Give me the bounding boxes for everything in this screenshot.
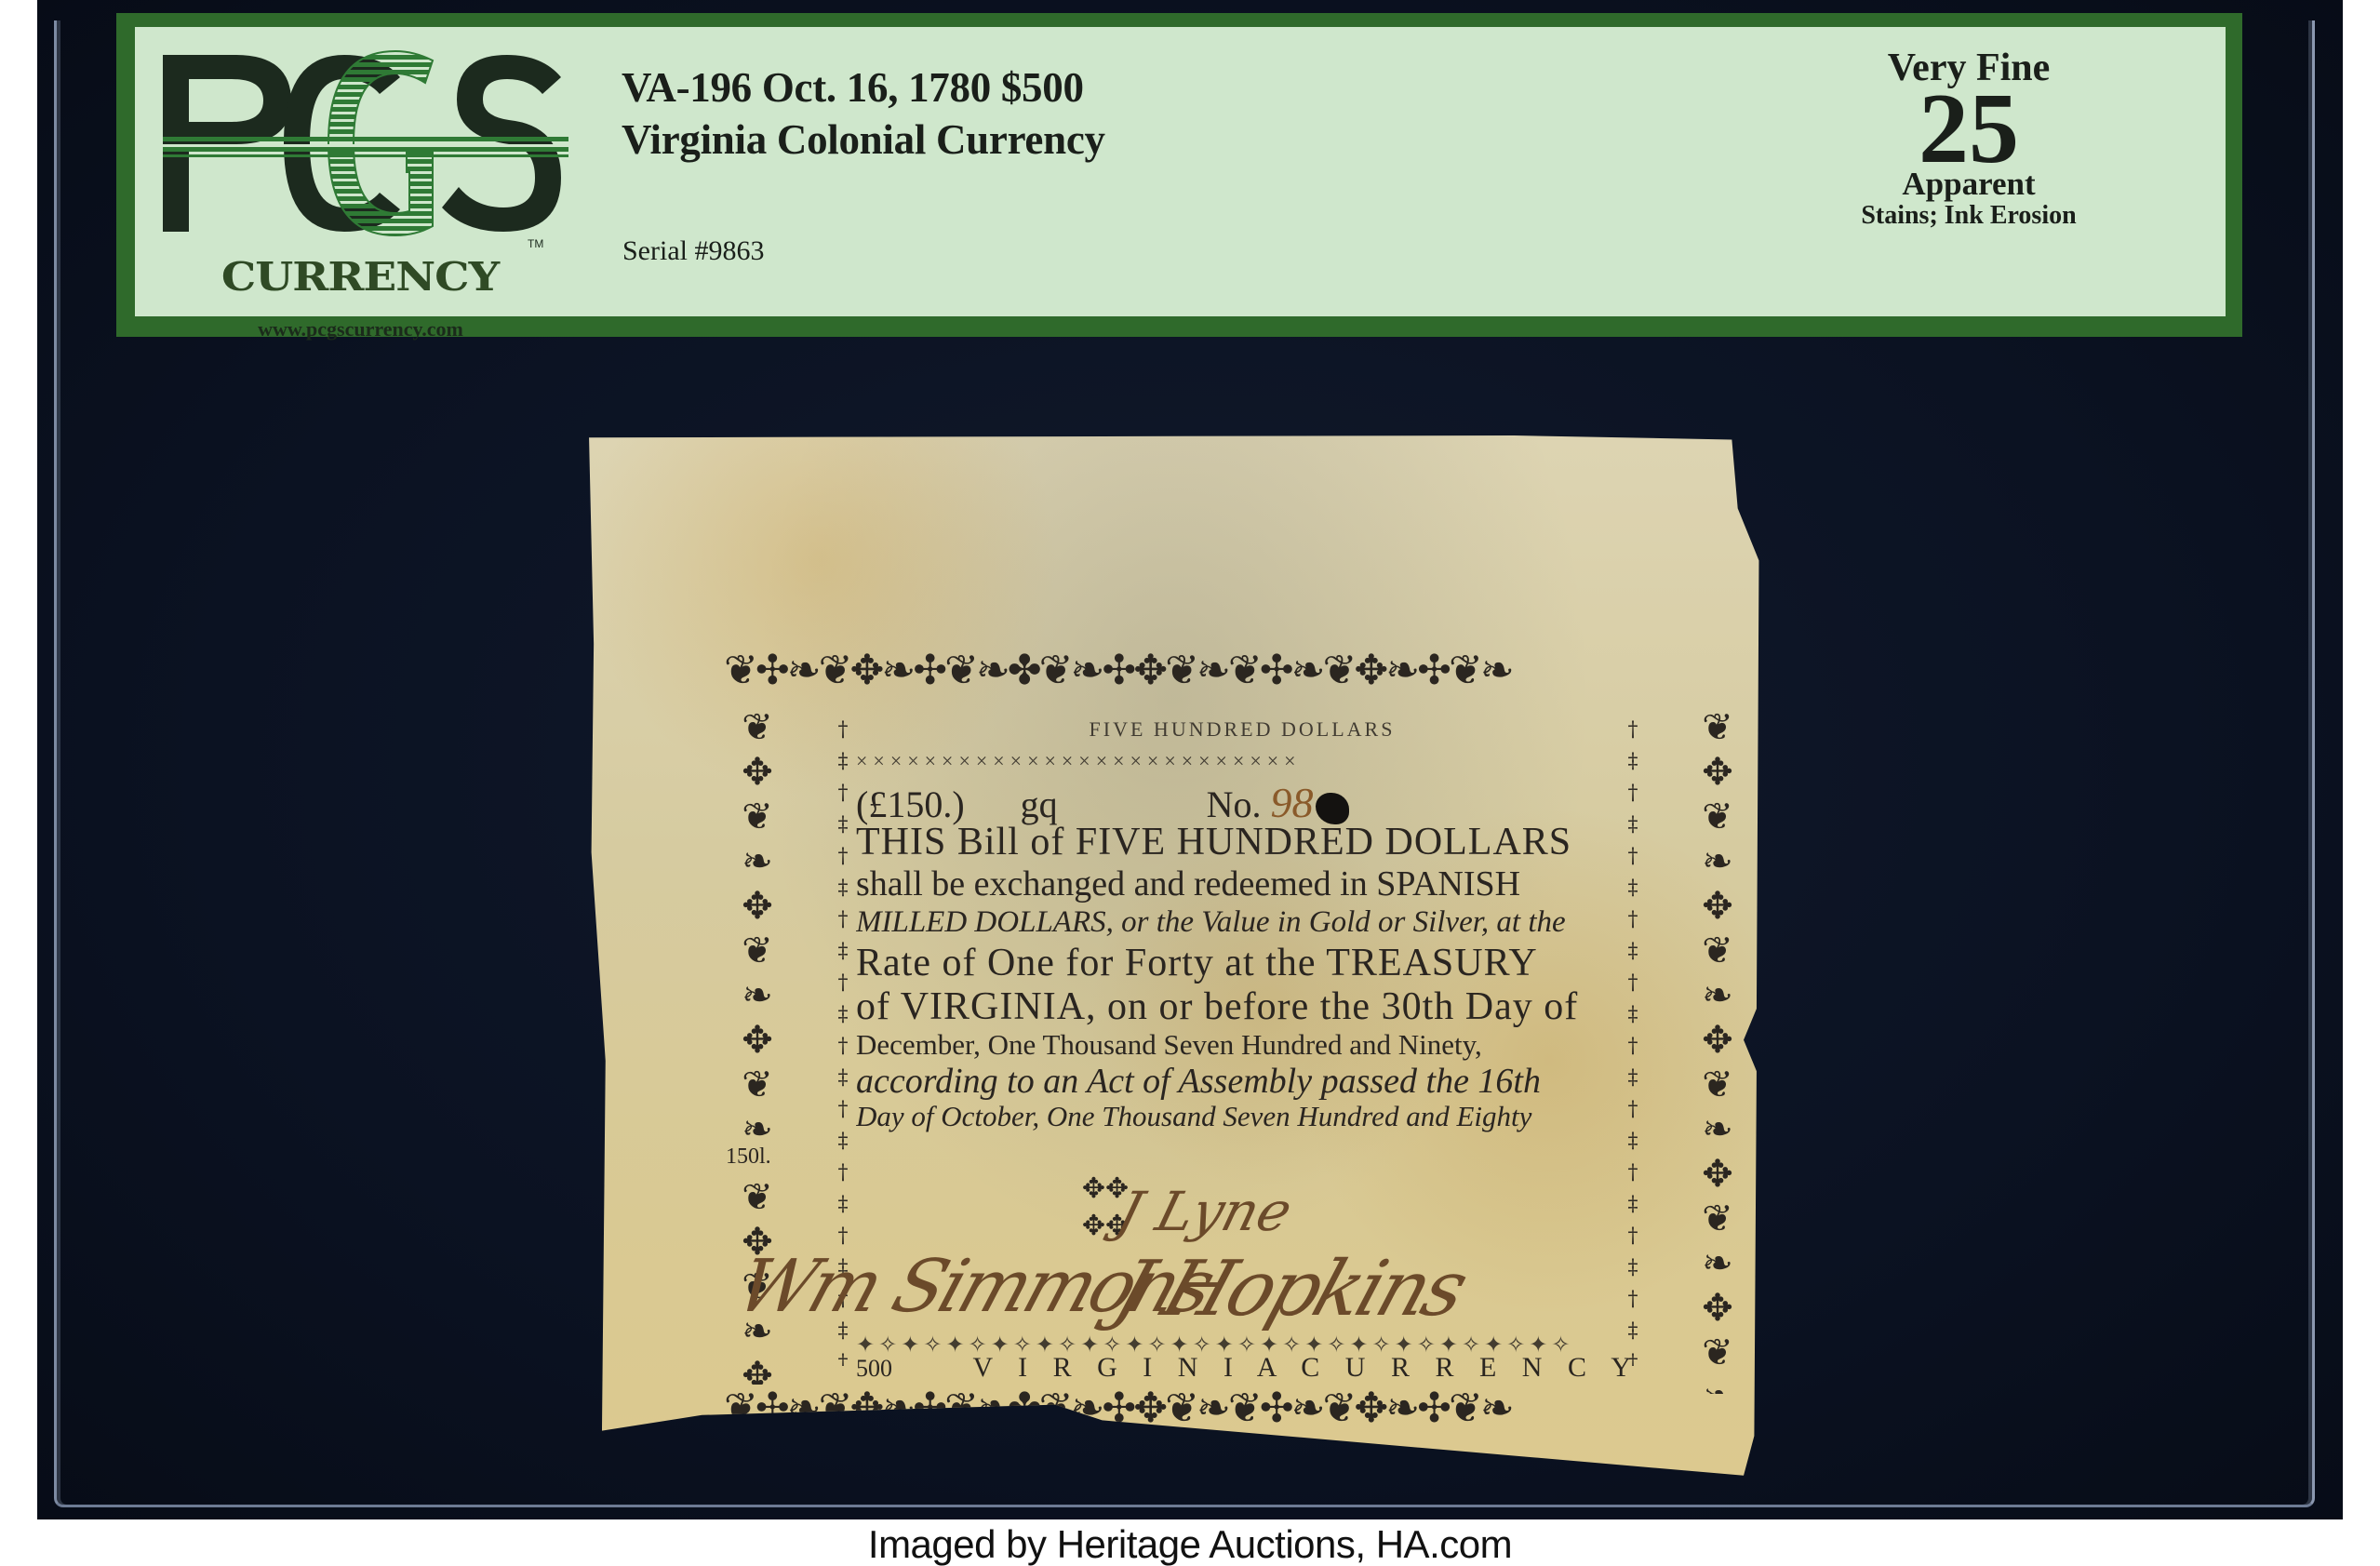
banknote-image: ❦✣❧❦✥❧✣❦❧✤❦❧✣✥❦❧❦✣❧❦✥❧✣❦❧ ❦✣❧❦✥❧✣❦❧✤❦❧✣✥… (584, 435, 1761, 1478)
top-ornament-band: ❦✣❧❦✥❧✣❦❧✤❦❧✣✥❦❧❦✣❧❦✥❧✣❦❧ (724, 645, 1719, 697)
note-line-7: according to an Act of Assembly passed t… (856, 1061, 1628, 1102)
note-top-small-line: FIVE HUNDRED DOLLARS (856, 717, 1628, 742)
left-denomination: 150l. (726, 1144, 771, 1170)
label-panel: TM CURRENCY www.pcgscurrency.com VA-196 … (135, 27, 2226, 316)
pcgs-logo: TM CURRENCY www.pcgscurrency.com (163, 47, 572, 308)
pcgs-logo-icon: TM (163, 47, 572, 248)
grading-label: TM CURRENCY www.pcgscurrency.com VA-196 … (116, 13, 2242, 337)
image-credit-caption: Imaged by Heritage Auctions, HA.com (0, 1522, 2380, 1566)
note-bottom-line: 500 V I R G I N I A C U R R E N C Y. dol… (856, 1352, 1628, 1384)
note-x-row: ×××××××××××××××××××××××××× (856, 749, 1628, 773)
note-line-4: Rate of One for Forty at the TREASURY (856, 941, 1628, 985)
note-line-5: of VIRGINIA, on or before the 30th Day o… (856, 984, 1628, 1029)
signature-right: J Hopkins (1105, 1245, 1476, 1333)
logo-url: www.pcgscurrency.com (163, 317, 558, 341)
note-category: Virginia Colonial Currency (622, 115, 1105, 164)
trademark-mark: TM (528, 237, 543, 248)
left-ornament-column: ❦✥❦❧✥❦❧✥❦❧✥❦❧✥❦❧✥❦❧✥❦❧ (728, 705, 787, 1152)
grade-qualifier: Apparent (1829, 167, 2108, 201)
bottom-denomination: 500 (856, 1355, 892, 1382)
note-line-6: December, One Thousand Seven Hundred and… (856, 1028, 1628, 1062)
grade-block: Very Fine 25 Apparent Stains; Ink Erosio… (1829, 47, 2108, 231)
signature-right-top: J Lyne (1111, 1180, 1299, 1243)
note-line-3: MILLED DOLLARS, or the Value in Gold or … (856, 905, 1628, 940)
bottom-virginia-currency: V I R G I N I A C U R R E N C Y. (973, 1352, 1629, 1383)
right-ornament-column: ❦✥❦❧✥❦❧✥❦❧✥❦❧✥❦❧✥❦❧✥❦❧ (1688, 705, 1747, 1394)
note-line-2: shall be exchanged and redeemed in SPANI… (856, 863, 1628, 904)
note-line-1: THIS Bill of FIVE HUNDRED DOLLARS (856, 820, 1628, 864)
grade-notes: Stains; Ink Erosion (1829, 201, 2108, 231)
note-line-8: Day of October, One Thousand Seven Hundr… (856, 1100, 1628, 1133)
serial-number: Serial #9863 (622, 235, 764, 267)
logo-currency-text: CURRENCY (165, 258, 555, 297)
note-title: VA-196 Oct. 16, 1780 $500 (622, 63, 1084, 112)
grade-number: 25 (1829, 91, 2108, 167)
